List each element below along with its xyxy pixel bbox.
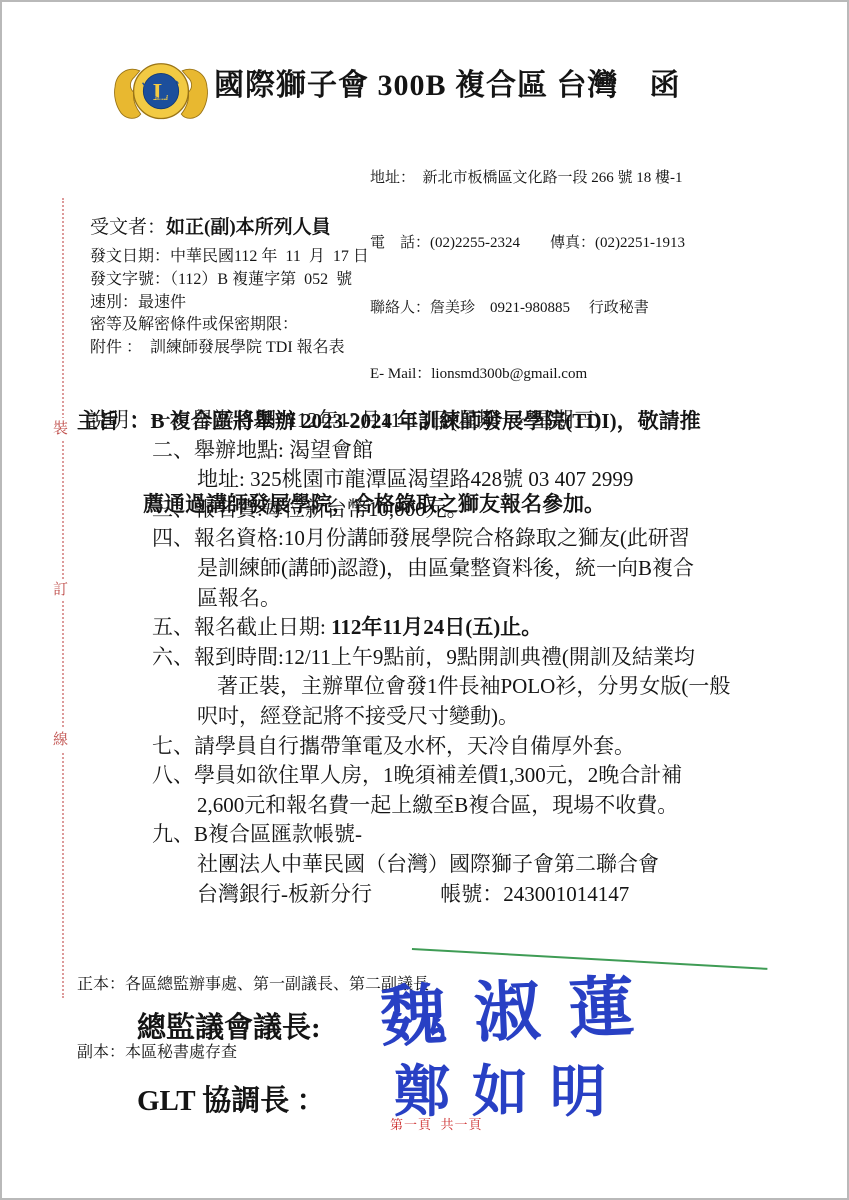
body-line: 地址: 325桃園市龍潭區渴望路428號 03 407 2999	[87, 465, 730, 495]
contact-address: 地址： 新北市板橋區文化路一段 266 號 18 樓-1	[370, 168, 685, 190]
body-line: 社團法人中華民國（台灣）國際獅子會第二聯合會	[87, 850, 730, 880]
binding-char-zhuang: 裝	[53, 418, 68, 440]
body-line: 台灣銀行-板新分行 帳號：243001014147	[87, 880, 730, 910]
body-line: 著正裝，主辦單位會發1件長袖POLO衫，分男女版(一般	[87, 672, 730, 702]
body-line: 2,600元和報名費一起上繳至B複合區，現場不收費。	[87, 791, 730, 821]
security-class: 密等及解密條件或保密期限：	[90, 314, 369, 337]
body-line: 八、學員如欲住單人房，1晚須補差價1,300元，2晚合計補	[87, 761, 730, 791]
deadline-label: 五、報名截止日期:	[152, 615, 331, 639]
body-line: 五、報名截止日期: 112年11月24日(五)止。	[87, 613, 730, 643]
letter-page: L LIONS INTERNATIONAL 國際獅子會 300B 複合區 台灣 …	[0, 0, 849, 1200]
body-line: 區報名。	[87, 584, 730, 614]
lions-international-emblem-icon: L LIONS INTERNATIONAL	[108, 47, 214, 137]
issue-date: 發文日期：中華民國112 年 11 月 17 日	[90, 246, 369, 269]
contact-phone-fax: 電 話：(02)2255-2324 傳真：(02)2251-1913	[370, 233, 685, 255]
recipient-label: 受文者：	[90, 217, 166, 238]
body-line: 九、B複合區匯款帳號-	[87, 820, 730, 850]
deadline-date: 112年11月24日(五)止。	[331, 615, 542, 639]
body-line: 三、報名費:每位新台幣10,000元。	[87, 495, 730, 525]
body-line: 七、請學員自行攜帶筆電及水杯，天冷自備厚外套。	[87, 732, 730, 762]
binding-char-xian: 線	[53, 729, 68, 751]
speed-class: 速別：最速件	[90, 292, 369, 315]
body-line: 二、舉辦地點: 渴望會館	[87, 436, 730, 466]
page-indicator: 第一頁 共一頁	[390, 1114, 483, 1133]
body-line: 六、報到時間:12/11上午9點前，9點開訓典禮(開訓及結業均	[87, 643, 730, 673]
chair-title-label: 總監議會議長:	[137, 1005, 321, 1046]
body-line: 四、報名資格:10月份講師發展學院合格錄取之獅友(此研習	[87, 524, 730, 554]
letter-body: 說明：一、舉辦日期: 112年12月11-13日(星期一~星期三) 二、舉辦地點…	[87, 406, 730, 909]
chair-signature: 魏淑蓮	[378, 952, 664, 1059]
recipient-line: 受文者：如正(副)本所列人員	[90, 212, 369, 239]
body-line: 說明：一、舉辦日期: 112年12月11-13日(星期一~星期三)	[87, 406, 730, 436]
body-line: 是訓練師(講師)認證)，由區彙整資料後，統一向B複合	[87, 554, 730, 584]
original-copy-line: 正本：各區總監辦事處、第一副議長、第二副議長	[77, 974, 429, 997]
doc-number: 發文字號：（112）B 複蓮字第 052 號	[90, 269, 369, 292]
body-line: 呎吋，經登記將不接受尺寸變動)。	[87, 702, 730, 732]
binding-char-ding: 訂	[53, 579, 68, 601]
contact-person: 聯絡人：詹美珍 0921-980885 行政秘書	[370, 298, 685, 320]
glt-coordinator-label: GLT 協調長 ：	[137, 1078, 326, 1119]
letter-title: 國際獅子會 300B 複合區 台灣 函	[214, 60, 681, 104]
document-meta: 受文者：如正(副)本所列人員 發文日期：中華民國112 年 11 月 17 日 …	[90, 212, 369, 360]
recipient-value: 如正(副)本所列人員	[166, 217, 331, 238]
